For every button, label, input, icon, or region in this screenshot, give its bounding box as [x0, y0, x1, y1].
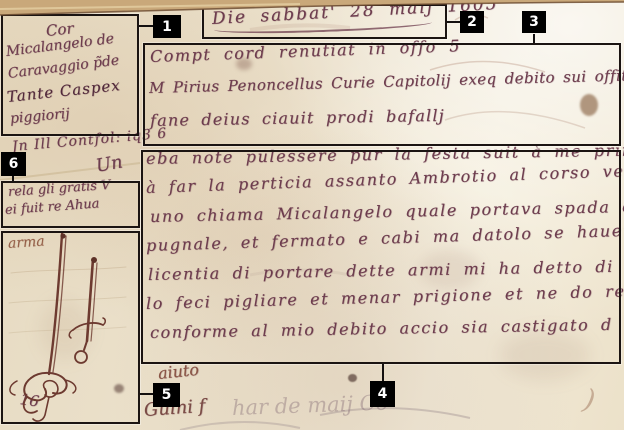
callout-connector-2: [447, 21, 460, 23]
callout-connector-6: [12, 176, 14, 181]
region-box-3: [143, 43, 621, 146]
region-box-1: [1, 14, 139, 136]
callout-label-6: 6: [1, 152, 26, 176]
callout-connector-3: [533, 34, 535, 43]
callout-label-5: 5: [153, 383, 180, 407]
region-box-5: [1, 231, 140, 424]
region-box-4: [141, 150, 621, 364]
callout-label-4: 4: [370, 381, 395, 407]
callout-connector-1: [139, 25, 153, 27]
callout-connector-5: [140, 393, 153, 395]
manuscript-page: Cor Micalangelo de Caravaggio p̃de Tante…: [0, 0, 624, 430]
callout-connector-4: [382, 364, 384, 381]
region-box-6: [1, 181, 140, 228]
page-top-edge: [0, 0, 624, 20]
